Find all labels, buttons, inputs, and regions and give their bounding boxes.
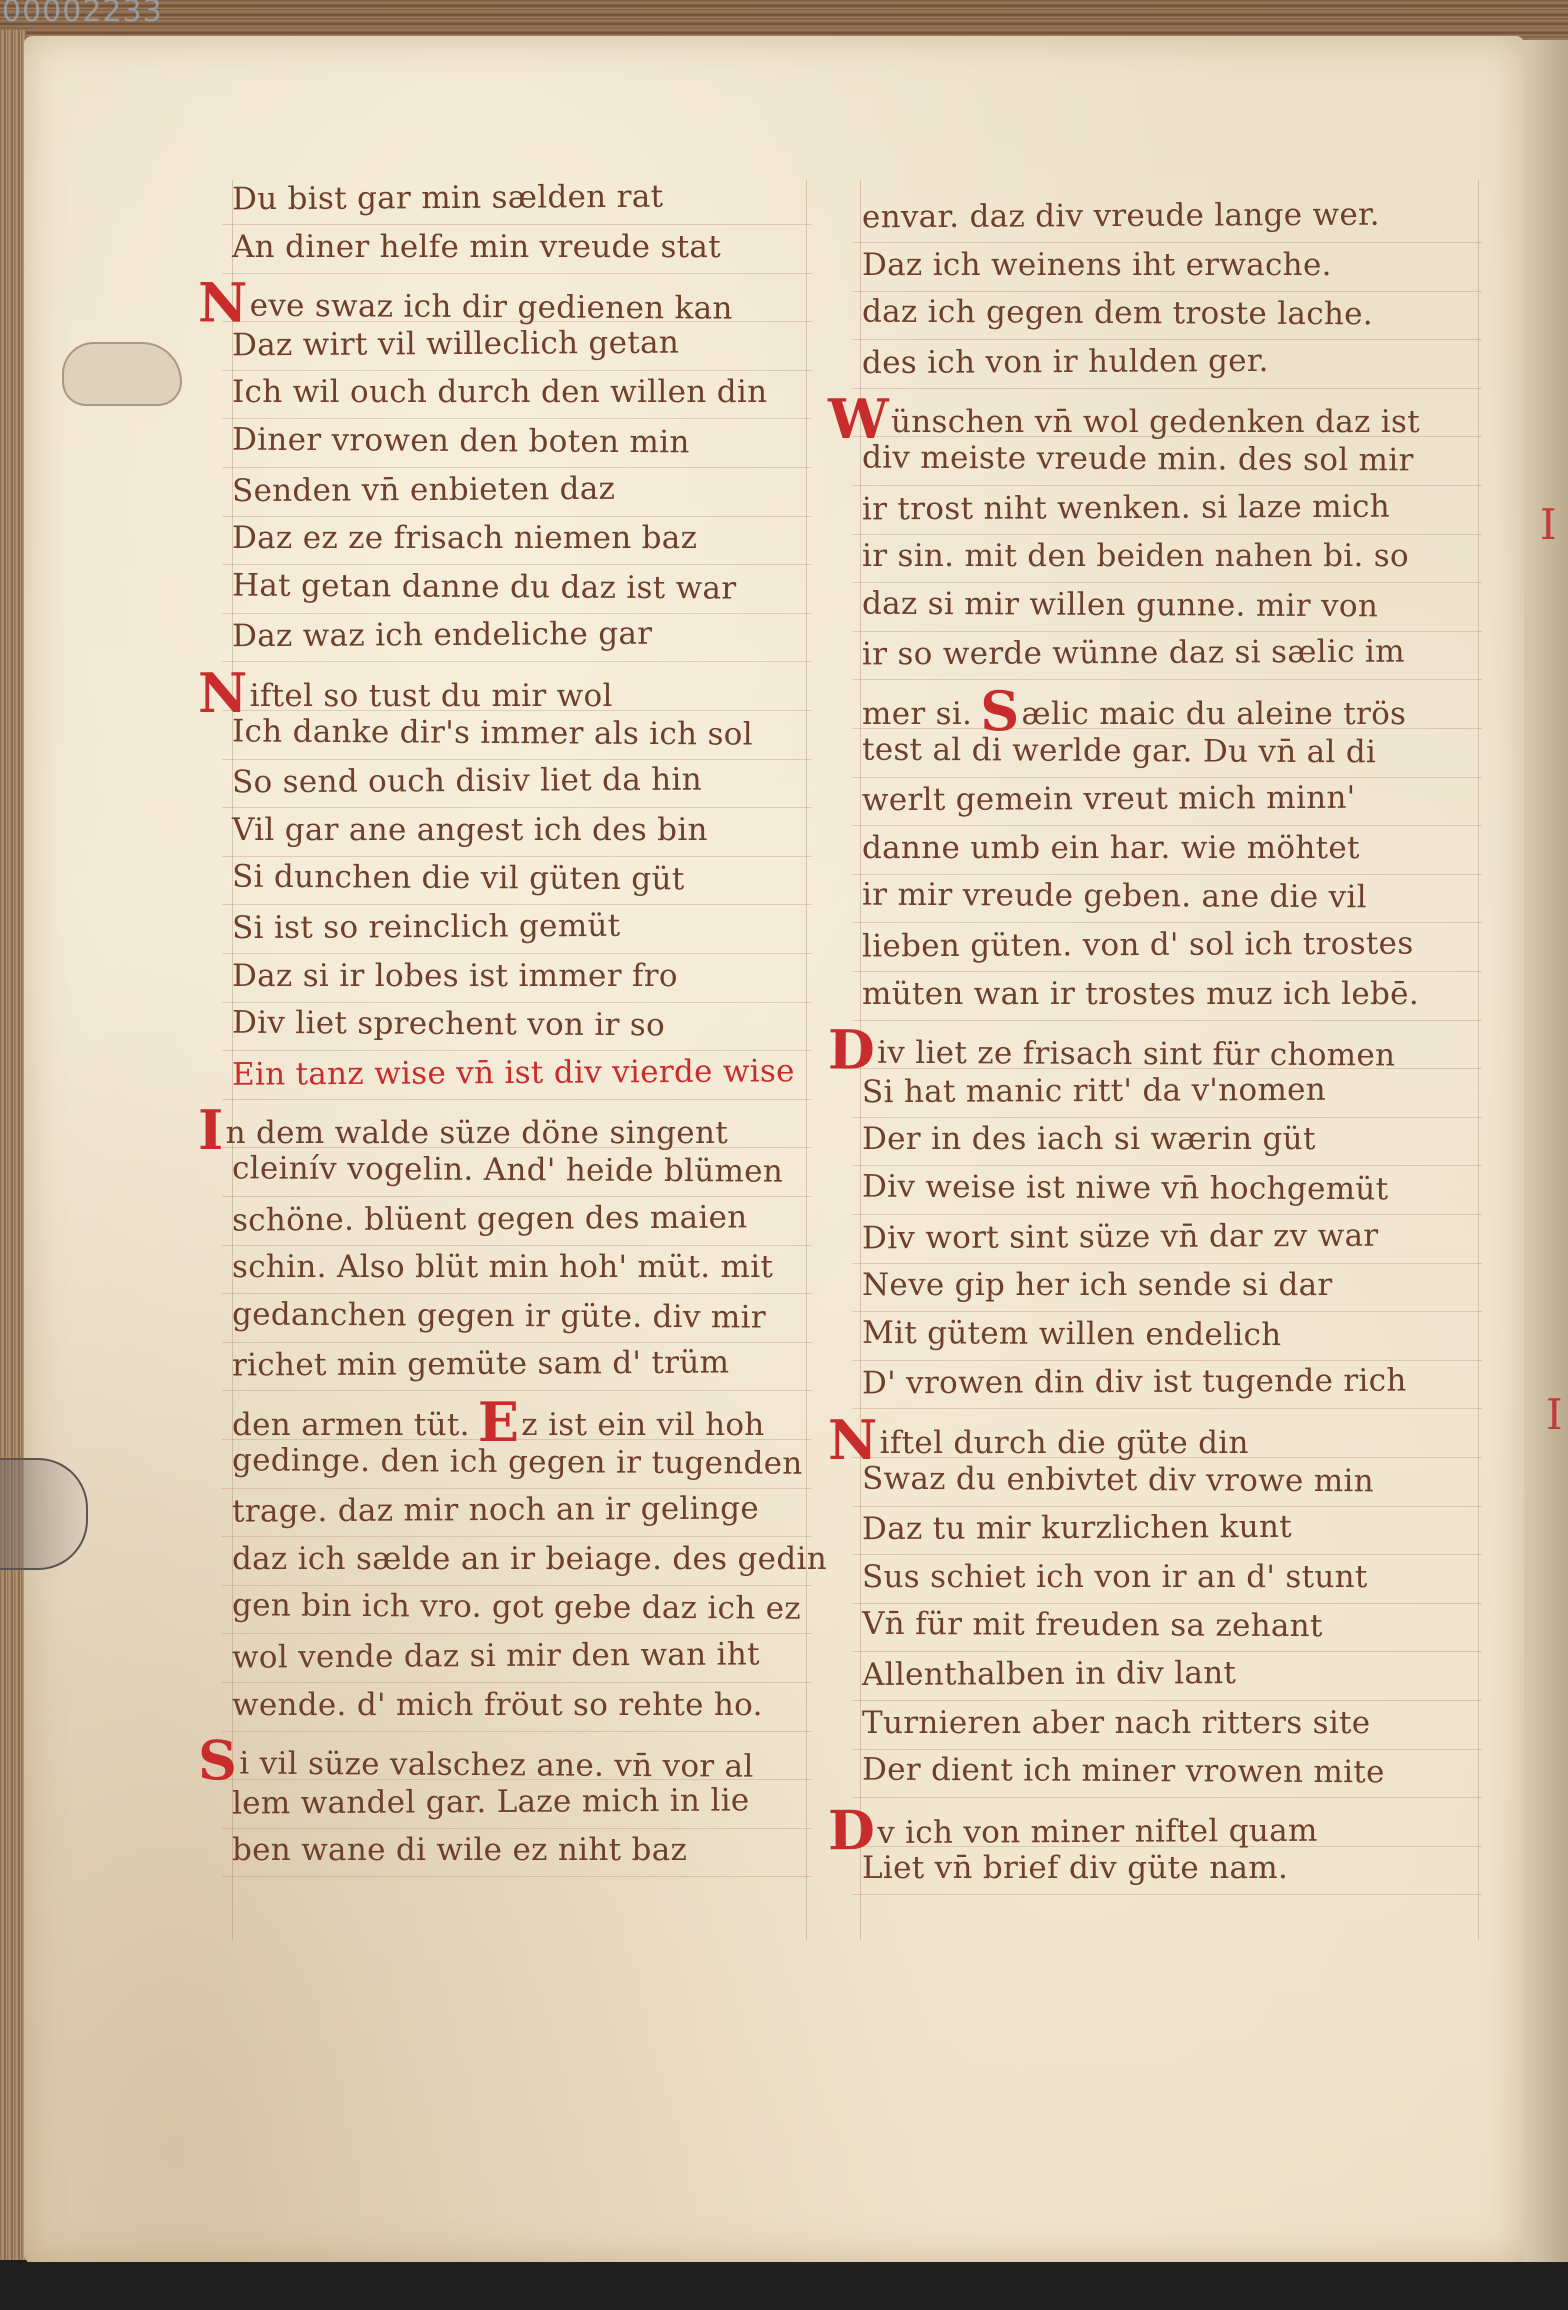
verse-text: daz ich gegen dem troste lache. [862,294,1373,333]
verse-text: Ich danke dir's immer als ich sol [232,713,753,752]
verse-line: Der in des iach si wærin güt [862,1121,1316,1157]
verse-text: wende. d' mich fröut so rehte ho. [232,1687,763,1723]
ruling-line [222,1002,812,1003]
ruling-line [852,1117,1482,1118]
rubricated-initial: S [198,1728,238,1792]
verse-line: daz ich gegen dem troste lache. [862,294,1373,333]
verse-text: Der dient ich miner vrowen mite [862,1752,1385,1791]
verse-line: Daz wirt vil willeclich getan [232,324,679,363]
ruling-line [222,1876,812,1877]
verse-text: i vil süze valschez ane. vn̄ vor al [239,1746,754,1785]
ruling-line [852,1651,1482,1652]
ruling-line [852,1408,1482,1409]
verse-text: Div weise ist niwe vn̄ hochgemüt [862,1169,1389,1208]
verse-text: ir trost niht wenken. si laze mich [862,488,1390,527]
ruling-line [852,1700,1482,1701]
ruling-line [852,1165,1482,1166]
verse-line: Daz tu mir kurzlichen kunt [862,1509,1292,1547]
verse-text: ünschen vn̄ wol gedenken daz ist [891,404,1420,440]
verse-line: Daz waz ich endeliche gar [232,616,653,655]
verse-line: danne umb ein har. wie möhtet [862,830,1360,866]
verse-line: Daz ich weinens iht erwache. [862,247,1332,283]
ruling-line [852,825,1482,826]
rubricated-initial: I [198,1098,224,1162]
verse-text: ælic maic du aleine trös [1022,696,1407,732]
verse-text: ir sin. mit den beiden nahen bi. so [862,538,1409,574]
scan-frame-number: 00002233 [2,0,163,29]
verse-line: Der dient ich miner vrowen mite [862,1752,1385,1791]
ruling-line [852,874,1482,875]
verse-line: gedanchen gegen ir güte. div mir [232,1296,766,1335]
verse-text: Du bist gar min sælden rat [232,179,664,218]
facing-page-rubric-mark: I [1546,1390,1563,1439]
ruling-line [222,661,812,662]
verse-text: Senden vn̄ enbieten daz [232,470,615,508]
ruling-line [852,582,1482,583]
ruling-line [852,1263,1482,1264]
verse-text: müten wan ir trostes muz ich lebē. [862,976,1419,1012]
ruling-line [852,1311,1482,1312]
verse-line: wol vende daz si mir den wan iht [232,1636,760,1675]
verse-line: ir trost niht wenken. si laze mich [862,488,1390,527]
verse-line: Si hat manic ritt' da v'nomen [862,1072,1326,1110]
rubricated-initial: D [828,1018,875,1082]
ruling-line [222,1585,812,1586]
facing-page-rubric-mark: I [1540,500,1557,549]
verse-text: Vil gar ane angest ich des bin [232,812,708,848]
verse-text: den armen tüt. [232,1407,470,1443]
verse-text: Vn̄ für mit freuden sa zehant [862,1606,1323,1644]
verse-line: Div wort sint süze vn̄ dar zv war [862,1217,1379,1256]
verse-line: Daz ez ze frisach niemen baz [232,520,697,556]
right-column: envar. daz div vreude lange wer.Daz ich … [862,198,1482,1918]
ruling-line [852,242,1482,243]
ruling-line [852,679,1482,680]
verse-text: Si dunchen die vil güten güt [232,859,685,898]
ruling-line [852,1894,1482,1895]
verse-line: den armen tüt.Ez ist ein vil hoh [232,1395,765,1449]
clip-clasp-icon [0,1458,88,1570]
verse-line: Ich wil ouch durch den willen din [232,374,767,410]
ruling-line [852,1360,1482,1361]
verse-line: So send ouch disiv liet da hin [232,762,702,801]
ruling-line [852,291,1482,292]
verse-text: So send ouch disiv liet da hin [232,762,702,801]
verse-text: iv liet ze frisach sint für chomen [877,1035,1395,1074]
verse-line: gen bin ich vro. got gebe daz ich ez [232,1588,801,1627]
ruling-line [222,1342,812,1343]
verse-line: ir mir vreude geben. ane die vil [862,877,1367,916]
verse-line: Sus schiet ich von ir an d' stunt [862,1559,1368,1595]
ruling-line [222,953,812,954]
verse-line: Niftel durch die güte din [828,1413,1249,1467]
verse-line: Ich danke dir's immer als ich sol [232,713,753,752]
ruling-line [852,1749,1482,1750]
ruling-line [852,1214,1482,1215]
ruling-line [222,613,812,614]
ruling-line [852,631,1482,632]
ruling-line [222,370,812,371]
verse-line: richet min gemüte sam d' trüm [232,1345,729,1384]
verse-line: mer si.Sælic maic du aleine trös [862,684,1406,738]
verse-line: Du bist gar min sælden rat [232,179,664,218]
ruling-line [222,856,812,857]
ruling-line [852,1603,1482,1604]
ruling-line [222,1633,812,1634]
verse-text: Daz waz ich endeliche gar [232,616,653,655]
verse-line: werlt gemein vreut mich minn' [862,780,1356,819]
ruling-line [222,1196,812,1197]
verse-text: Ich wil ouch durch den willen din [232,374,767,410]
verse-text: Turnieren aber nach ritters site [862,1705,1370,1741]
verse-text: ir so werde wünne daz si sælic im [862,634,1405,673]
parchment-hole [62,342,182,406]
ruling-line [222,904,812,905]
verse-line: Si ist so reinclich gemüt [232,908,621,946]
ruling-line [852,388,1482,389]
verse-line: schöne. blüent gegen des maien [232,1199,748,1238]
verse-line: gedinge. den ich gegen ir tugenden [232,1442,803,1481]
verse-text: gen bin ich vro. got gebe daz ich ez [232,1588,801,1627]
verse-line: Div weise ist niwe vn̄ hochgemüt [862,1169,1389,1208]
ruling-line [222,224,812,225]
verse-line: ir so werde wünne daz si sælic im [862,634,1405,673]
ruling-line [222,1828,812,1829]
verse-line: des ich von ir hulden ger. [862,343,1269,381]
verse-text: Si ist so reinclich gemüt [232,908,621,946]
verse-line: daz ich sælde an ir beiage. des gedin [232,1541,827,1577]
verse-line: lieben güten. von d' sol ich trostes [862,926,1414,965]
verse-text: n dem walde süze döne singent [226,1115,728,1151]
verse-text: An diner helfe min vreude stat [232,229,721,265]
ruling-line [852,1797,1482,1798]
verse-text: ben wane di wile ez niht baz [232,1832,687,1868]
verse-text: Der in des iach si wærin güt [862,1121,1316,1157]
verse-text: gedinge. den ich gegen ir tugenden [232,1442,803,1481]
verse-line: ben wane di wile ez niht baz [232,1832,687,1868]
verse-text: Daz ez ze frisach niemen baz [232,520,697,556]
verse-text: ir mir vreude geben. ane die vil [862,877,1367,916]
verse-text: div meiste vreude min. des sol mir [862,440,1414,479]
verse-line: Senden vn̄ enbieten daz [232,470,615,508]
ruling-line [852,485,1482,486]
verse-line: Vn̄ für mit freuden sa zehant [862,1606,1323,1644]
verse-text: Daz si ir lobes ist immer fro [232,958,678,994]
verse-line: Div liet sprechent von ir so [232,1005,665,1044]
page-stack-edge [0,30,26,2260]
verse-text: danne umb ein har. wie möhtet [862,830,1360,866]
ruling-line [852,971,1482,972]
verse-line: Diner vrowen den boten min [232,422,690,461]
verse-text: Div wort sint süze vn̄ dar zv war [862,1217,1379,1256]
verse-line: wende. d' mich fröut so rehte ho. [232,1687,763,1723]
verse-text: gedanchen gegen ir güte. div mir [232,1296,766,1335]
verse-line: Liet vn̄ brief div güte nam. [862,1850,1288,1886]
verse-line: Mit gütem willen endelich [862,1315,1282,1353]
ruling-line [852,339,1482,340]
verse-text: lem wandel gar. Laze mich in lie [232,1782,750,1821]
verse-text: des ich von ir hulden ger. [862,343,1269,381]
verse-text: Diner vrowen den boten min [232,422,690,461]
verse-text: Sus schiet ich von ir an d' stunt [862,1559,1368,1595]
ruling-line [852,777,1482,778]
verse-line: daz si mir willen gunne. mir von [862,585,1378,624]
facing-page-edge [1520,40,1568,2270]
verse-line: Turnieren aber nach ritters site [862,1705,1370,1741]
verse-text: mer si. [862,696,972,732]
ruling-line [852,1020,1482,1021]
ruling-line [852,1554,1482,1555]
ruling-line [222,1731,812,1732]
verse-line: Wünschen vn̄ wol gedenken daz ist [828,392,1420,446]
ruling-line [852,1506,1482,1507]
ruling-line [222,1488,812,1489]
verse-text: Div liet sprechent von ir so [232,1005,665,1044]
verse-line: cleinív vogelin. And' heide blümen [232,1150,783,1189]
verse-line: schin. Also blüt min hoh' müt. mit [232,1249,773,1285]
verse-text: iftel durch die güte din [880,1425,1249,1461]
ruling-line [222,1050,812,1051]
ruling-line [222,564,812,565]
verse-text: v ich von miner niftel quam [877,1813,1318,1851]
verse-text: test al di werlde gar. Du vn̄ al di [862,731,1376,770]
verse-text: daz ich sælde an ir beiage. des gedin [232,1541,827,1577]
verse-text: iftel so tust du mir wol [250,678,613,714]
verse-line: müten wan ir trostes muz ich lebē. [862,976,1419,1012]
verse-text: trage. daz mir noch an ir gelinge [232,1491,759,1530]
verse-text: schin. Also blüt min hoh' müt. mit [232,1249,773,1285]
verse-text: cleinív vogelin. And' heide blümen [232,1150,783,1189]
verse-text: werlt gemein vreut mich minn' [862,780,1356,819]
ruling-line [852,922,1482,923]
verse-text: daz si mir willen gunne. mir von [862,585,1378,624]
verse-line: div meiste vreude min. des sol mir [862,440,1414,479]
rubric-heading: Ein tanz wise vn̄ ist div vierde wise [232,1053,795,1092]
verse-text: envar. daz div vreude lange wer. [862,197,1380,236]
verse-text: wol vende daz si mir den wan iht [232,1636,760,1675]
verse-line: Dv ich von miner niftel quam [828,1801,1318,1858]
verse-text: z ist ein vil hoh [521,1407,764,1443]
ruling-line [222,516,812,517]
scan-background [0,2262,1568,2310]
verse-text: Swaz du enbivtet div vrowe min [862,1460,1374,1499]
verse-text: Hat getan danne du daz ist war [232,567,737,606]
verse-text: eve swaz ich dir gedienen kan [250,288,733,327]
verse-text: Allenthalben in div lant [862,1655,1236,1693]
ruling-line [222,467,812,468]
ruling-line [222,1682,812,1683]
verse-line: Hat getan danne du daz ist war [232,567,737,606]
verse-line: test al di werlde gar. Du vn̄ al di [862,731,1376,770]
verse-line: D' vrowen din div ist tugende rich [862,1363,1407,1402]
verse-text: Daz ich weinens iht erwache. [862,247,1332,283]
ruling-line [222,759,812,760]
verse-line: trage. daz mir noch an ir gelinge [232,1491,759,1530]
verse-line: Vil gar ane angest ich des bin [232,812,708,848]
verse-text: schöne. blüent gegen des maien [232,1199,748,1238]
verse-text: Liet vn̄ brief div güte nam. [862,1850,1288,1886]
ruling-line [222,1293,812,1294]
ruling-line [222,807,812,808]
ruling-line [222,418,812,419]
verse-line: lem wandel gar. Laze mich in lie [232,1782,750,1821]
verse-text: D' vrowen din div ist tugende rich [862,1363,1407,1402]
verse-line: envar. daz div vreude lange wer. [862,197,1380,236]
verse-line: Allenthalben in div lant [862,1655,1236,1693]
verse-text: lieben güten. von d' sol ich trostes [862,926,1414,965]
verse-text: Mit gütem willen endelich [862,1315,1282,1353]
verse-text: Daz tu mir kurzlichen kunt [862,1509,1292,1547]
ruling-line [222,273,812,274]
verse-line: Neve gip her ich sende si dar [862,1267,1333,1303]
rubricated-initial: N [198,271,248,335]
verse-line: ir sin. mit den beiden nahen bi. so [862,538,1409,574]
verse-text: Neve gip her ich sende si dar [862,1267,1333,1303]
verse-line: Niftel so tust du mir wol [198,666,613,720]
verse-line: Daz si ir lobes ist immer fro [232,958,678,994]
verse-line: An diner helfe min vreude stat [232,229,721,265]
verse-text: Ein tanz wise vn̄ ist div vierde wise [232,1053,795,1092]
verse-line: Swaz du enbivtet div vrowe min [862,1460,1374,1499]
verse-text: richet min gemüte sam d' trüm [232,1345,729,1384]
ruling-line [852,534,1482,535]
ruling-line [222,1099,812,1100]
verse-text: Si hat manic ritt' da v'nomen [862,1072,1326,1110]
verse-line: In dem walde süze döne singent [198,1103,728,1157]
left-column: Du bist gar min sælden ratAn diner helfe… [232,180,812,1920]
ruling-line [222,1536,812,1537]
verse-text: Daz wirt vil willeclich getan [232,324,679,363]
ruling-line [222,1245,812,1246]
verse-line: Si dunchen die vil güten güt [232,859,685,898]
